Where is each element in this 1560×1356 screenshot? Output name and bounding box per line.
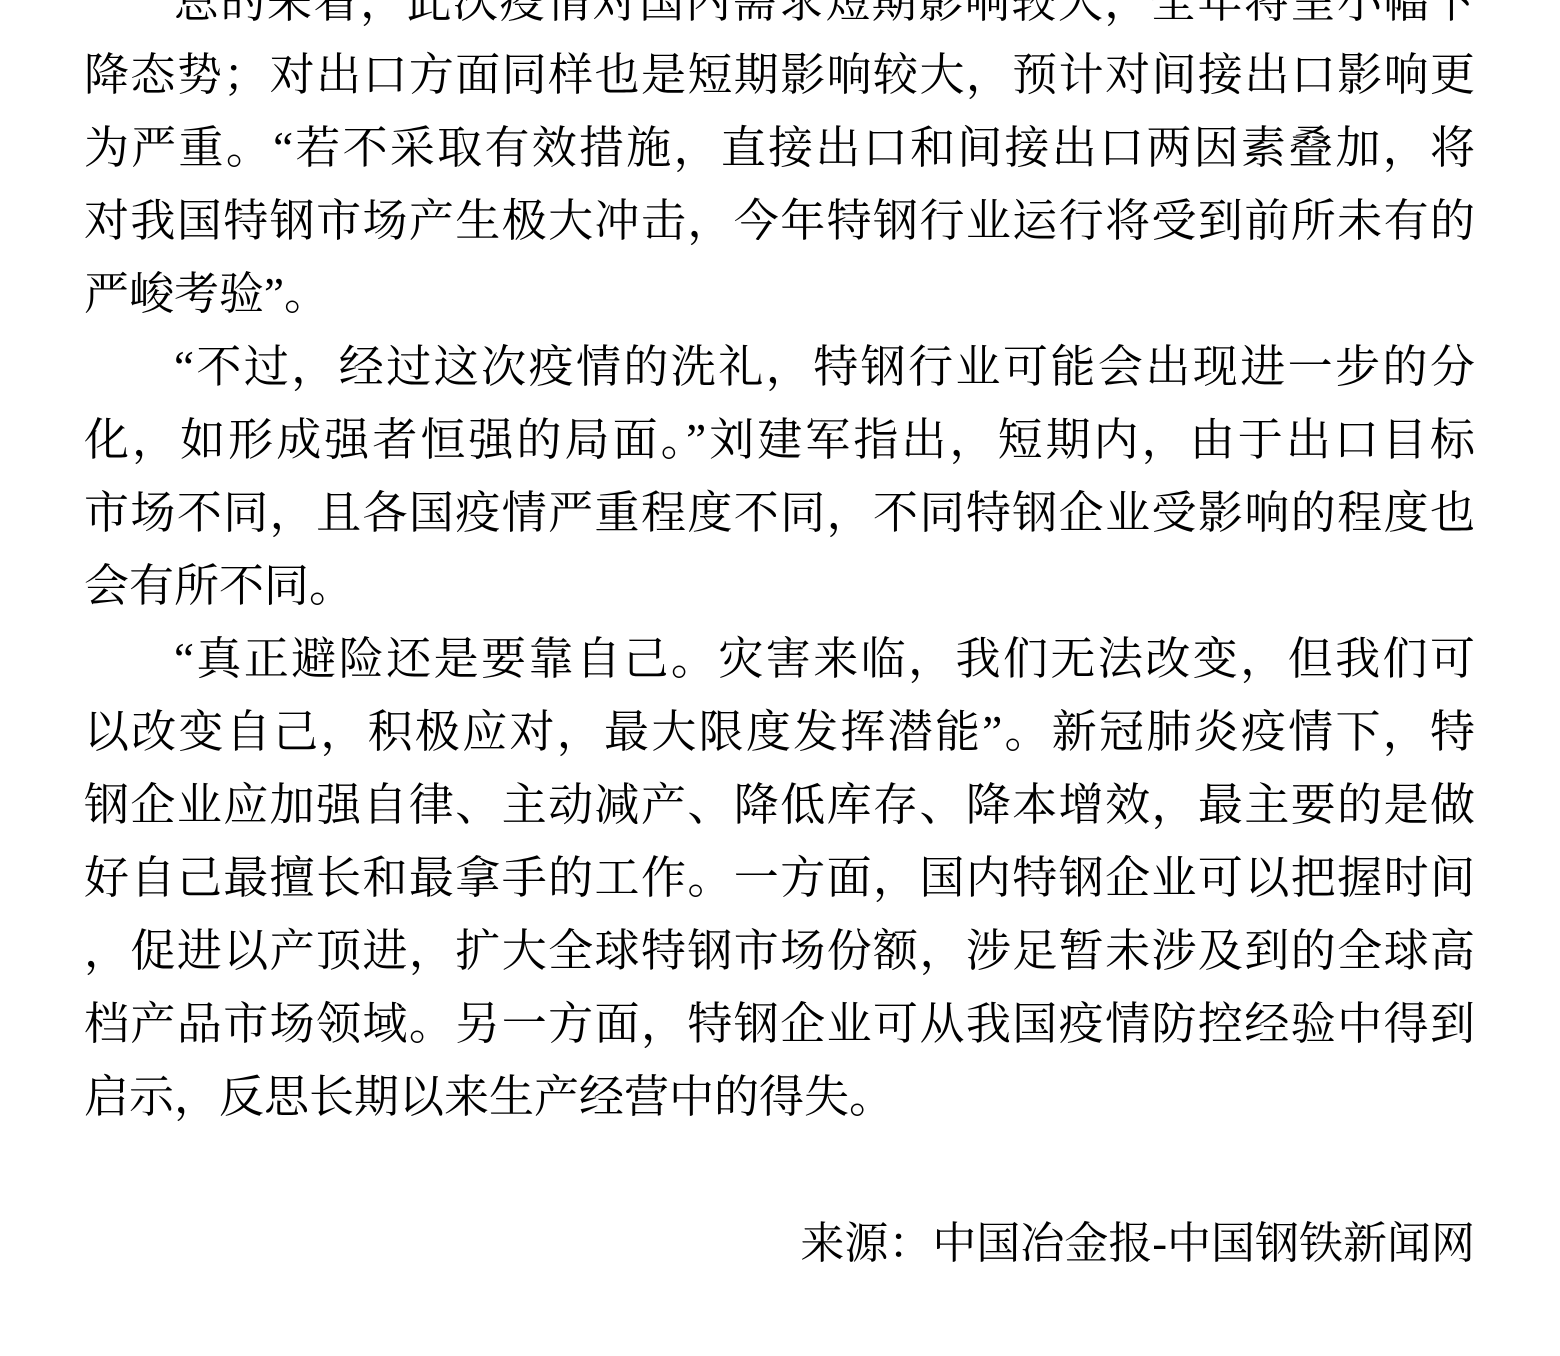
source-line-wrap: 来源：中国冶金报-中国钢铁新闻网 xyxy=(84,1207,1475,1280)
source-line: 来源：中国冶金报-中国钢铁新闻网 xyxy=(84,1207,1475,1280)
text-line: 化，如形成强者恒强的局面。”刘建军指出，短期内，由于出口目标 xyxy=(84,404,1475,477)
text-line: 以改变自己，积极应对，最大限度发挥潜能”。新冠肺炎疫情下，特 xyxy=(84,696,1475,769)
text-line: ，促进以产顶进，扩大全球特钢市场份额，涉足暂未涉及到的全球高 xyxy=(84,915,1475,988)
text-line: 启示，反思长期以来生产经营中的得失。 xyxy=(84,1061,1475,1134)
text-line: 钢企业应加强自律、主动减产、降低库存、降本增效，最主要的是做 xyxy=(84,769,1475,842)
article-lines: 总的来看，此次疫情对国内需求短期影响较大，全年将呈小幅下降态势；对出口方面同样也… xyxy=(84,0,1475,1207)
text-line: “真正避险还是要靠自己。灾害来临，我们无法改变，但我们可 xyxy=(84,623,1475,696)
text-line: 市场不同，且各国疫情严重程度不同，不同特钢企业受影响的程度也 xyxy=(84,477,1475,550)
text-line: 为严重。“若不采取有效措施，直接出口和间接出口两因素叠加，将 xyxy=(84,112,1475,185)
article-body: 总的来看，此次疫情对国内需求短期影响较大，全年将呈小幅下降态势；对出口方面同样也… xyxy=(84,0,1475,1280)
text-line: 好自己最擅长和最拿手的工作。一方面，国内特钢企业可以把握时间 xyxy=(84,842,1475,915)
text-line: 严峻考验”。 xyxy=(84,258,1475,331)
text-line: 档产品市场领域。另一方面，特钢企业可从我国疫情防控经验中得到 xyxy=(84,988,1475,1061)
text-line: 降态势；对出口方面同样也是短期影响较大，预计对间接出口影响更 xyxy=(84,39,1475,112)
text-line: 对我国特钢市场产生极大冲击，今年特钢行业运行将受到前所未有的 xyxy=(84,185,1475,258)
text-line: “不过，经过这次疫情的洗礼，特钢行业可能会出现进一步的分 xyxy=(84,331,1475,404)
text-line: 会有所不同。 xyxy=(84,550,1475,623)
text-line: 总的来看，此次疫情对国内需求短期影响较大，全年将呈小幅下 xyxy=(84,0,1475,39)
blank-line xyxy=(84,1134,1475,1207)
document-page: 总的来看，此次疫情对国内需求短期影响较大，全年将呈小幅下降态势；对出口方面同样也… xyxy=(0,0,1560,1356)
